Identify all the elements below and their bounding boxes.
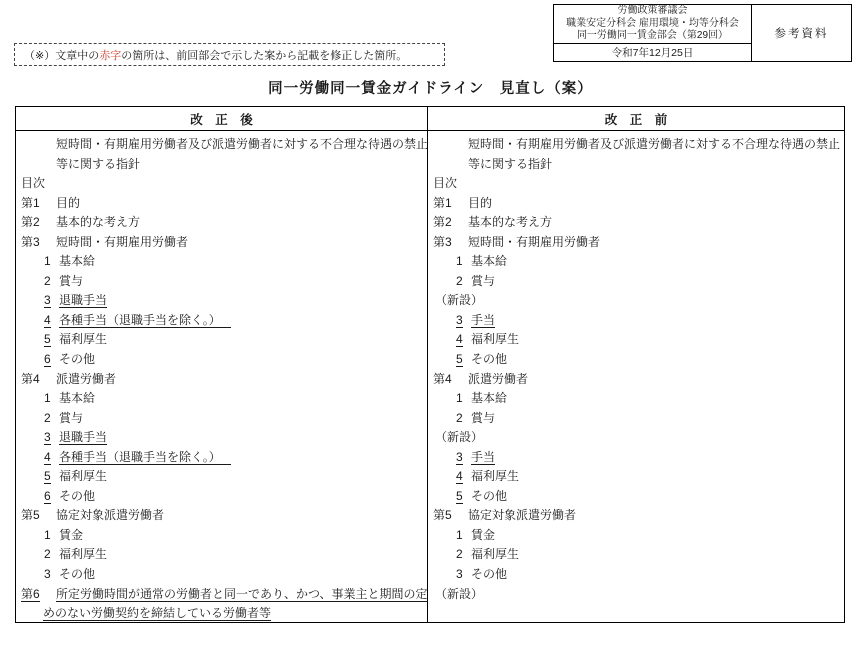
toc-line: 等に関する指針 bbox=[21, 155, 427, 175]
toc-line-text: 基本給 bbox=[471, 254, 507, 268]
toc-line: 4各種手当（退職手当を除く。） bbox=[21, 448, 427, 468]
toc-line-text: 福利厚生 bbox=[59, 469, 107, 483]
toc-line-text: 基本給 bbox=[59, 391, 95, 405]
toc-line-number: 第4 bbox=[433, 370, 468, 390]
council-line-3: 同一労働同一賃金部会（第29回） bbox=[577, 30, 728, 43]
toc-line-text: 等に関する指針 bbox=[468, 157, 552, 171]
toc-line-number: 1 bbox=[456, 526, 471, 546]
toc-line: 第3短時間・有期雇用労働者 bbox=[433, 233, 844, 253]
toc-line: 3手当 bbox=[433, 448, 844, 468]
toc-line-number: 第5 bbox=[433, 506, 468, 526]
header-before-revision: 改 正 前 bbox=[428, 107, 844, 130]
toc-line-number: 第5 bbox=[21, 506, 56, 526]
toc-line-number: 4 bbox=[44, 448, 59, 468]
toc-line-number: 第2 bbox=[433, 213, 468, 233]
toc-line: 第2基本的な考え方 bbox=[21, 213, 427, 233]
toc-line-text: 賃金 bbox=[471, 528, 495, 542]
header-after-revision: 改 正 後 bbox=[16, 107, 428, 130]
toc-line: 3退職手当 bbox=[21, 428, 427, 448]
table-body: 短時間・有期雇用労働者及び派遣労働者に対する不合理な待遇の禁止等に関する指針目次… bbox=[16, 131, 844, 622]
toc-line: 第5協定対象派遣労働者 bbox=[433, 506, 844, 526]
toc-line-number: 4 bbox=[456, 330, 471, 350]
toc-line-number: 第3 bbox=[21, 233, 56, 253]
toc-line-text: 賃金 bbox=[59, 528, 83, 542]
toc-line-number: 3 bbox=[456, 565, 471, 585]
toc-line: 第3短時間・有期雇用労働者 bbox=[21, 233, 427, 253]
toc-line: 2賞与 bbox=[21, 409, 427, 429]
toc-line-number: 5 bbox=[456, 350, 471, 370]
toc-line-number: 2 bbox=[44, 409, 59, 429]
column-before-revision: 短時間・有期雇用労働者及び派遣労働者に対する不合理な待遇の禁止等に関する指針目次… bbox=[428, 131, 844, 622]
note-red-text: 赤字 bbox=[99, 47, 121, 63]
toc-line: 第4派遣労働者 bbox=[433, 370, 844, 390]
toc-line: 1賃金 bbox=[21, 526, 427, 546]
toc-line: （新設） bbox=[433, 428, 844, 448]
toc-line: 5福利厚生 bbox=[21, 467, 427, 487]
toc-line: 6その他 bbox=[21, 350, 427, 370]
toc-line-number: 3 bbox=[456, 311, 471, 331]
toc-line-number: 5 bbox=[456, 487, 471, 507]
toc-line: 3その他 bbox=[21, 565, 427, 585]
toc-line-text: 賞与 bbox=[471, 274, 495, 288]
toc-line-number: 5 bbox=[44, 330, 59, 350]
toc-line-text: （新設） bbox=[435, 587, 483, 601]
toc-line: 第6所定労働時間が通常の労働者と同一であり、かつ、事業主と期間の定 bbox=[21, 585, 427, 605]
toc-line: 3手当 bbox=[433, 311, 844, 331]
meeting-date: 令和7年12月25日 bbox=[554, 44, 751, 61]
toc-line-number: 3 bbox=[44, 428, 59, 448]
toc-line: 1基本給 bbox=[433, 389, 844, 409]
toc-line-number: 2 bbox=[44, 545, 59, 565]
toc-line-text: 福利厚生 bbox=[471, 547, 519, 561]
toc-line-number: 1 bbox=[44, 526, 59, 546]
toc-line-number: 6 bbox=[44, 350, 59, 370]
toc-line: 第4派遣労働者 bbox=[21, 370, 427, 390]
council-line-2: 職業安定分科会 雇用環境・均等分科会 bbox=[566, 18, 739, 31]
toc-line: 2福利厚生 bbox=[21, 545, 427, 565]
toc-line-text: 基本給 bbox=[471, 391, 507, 405]
toc-line-number: 6 bbox=[44, 487, 59, 507]
toc-line: 1基本給 bbox=[21, 389, 427, 409]
toc-line-number: 3 bbox=[44, 291, 59, 311]
toc-line: 第1目的 bbox=[21, 194, 427, 214]
toc-line-text: その他 bbox=[471, 352, 507, 366]
toc-line-text: 賞与 bbox=[59, 274, 83, 288]
toc-line-text: その他 bbox=[59, 352, 95, 366]
document-page: 労働政策審議会 職業安定分科会 雇用環境・均等分科会 同一労働同一賃金部会（第2… bbox=[0, 0, 861, 649]
toc-line-text: 手当 bbox=[471, 450, 495, 465]
toc-line-text: 福利厚生 bbox=[471, 332, 519, 346]
toc-line-text: 各種手当（退職手当を除く。） bbox=[59, 450, 231, 465]
toc-line: 短時間・有期雇用労働者及び派遣労働者に対する不合理な待遇の禁止 bbox=[21, 135, 427, 155]
toc-line-text: 所定労働時間が通常の労働者と同一であり、かつ、事業主と期間の定 bbox=[56, 587, 428, 602]
column-after-revision: 短時間・有期雇用労働者及び派遣労働者に対する不合理な待遇の禁止等に関する指針目次… bbox=[16, 131, 428, 622]
toc-line: 1基本給 bbox=[433, 252, 844, 272]
toc-line-text: 基本給 bbox=[59, 254, 95, 268]
toc-line: 5その他 bbox=[433, 487, 844, 507]
revision-note: （※）文章中の赤字の箇所は、前回部会で示した案から記載を修正した箇所。 bbox=[14, 43, 445, 66]
toc-line-number: 第6 bbox=[21, 585, 56, 605]
toc-line-number: 第1 bbox=[21, 194, 56, 214]
council-names: 労働政策審議会 職業安定分科会 雇用環境・均等分科会 同一労働同一賃金部会（第2… bbox=[554, 5, 751, 44]
meeting-info-left: 労働政策審議会 職業安定分科会 雇用環境・均等分科会 同一労働同一賃金部会（第2… bbox=[554, 5, 752, 61]
toc-line-number: 3 bbox=[44, 565, 59, 585]
council-line-1: 労働政策審議会 bbox=[618, 5, 688, 18]
toc-line: 等に関する指針 bbox=[433, 155, 844, 175]
toc-line-number: 2 bbox=[44, 272, 59, 292]
toc-line-text: 短時間・有期雇用労働者 bbox=[56, 235, 188, 249]
toc-line-text: 派遣労働者 bbox=[468, 372, 528, 386]
toc-line: めのない労働契約を締結している労働者等 bbox=[21, 604, 427, 622]
toc-line-number: 2 bbox=[456, 272, 471, 292]
toc-line-text: 短時間・有期雇用労働者 bbox=[468, 235, 600, 249]
toc-line-text: 賞与 bbox=[59, 411, 83, 425]
toc-line-text: 福利厚生 bbox=[59, 332, 107, 346]
meeting-info-box: 労働政策審議会 職業安定分科会 雇用環境・均等分科会 同一労働同一賃金部会（第2… bbox=[553, 4, 852, 62]
toc-line: 短時間・有期雇用労働者及び派遣労働者に対する不合理な待遇の禁止 bbox=[433, 135, 844, 155]
toc-line-text: 福利厚生 bbox=[471, 469, 519, 483]
toc-line-number: 1 bbox=[44, 252, 59, 272]
comparison-table: 改 正 後 改 正 前 短時間・有期雇用労働者及び派遣労働者に対する不合理な待遇… bbox=[15, 106, 845, 623]
toc-line-number: 5 bbox=[44, 467, 59, 487]
toc-line-text: 目的 bbox=[468, 196, 492, 210]
toc-line-text: 等に関する指針 bbox=[56, 157, 140, 171]
toc-line-text: 退職手当 bbox=[59, 430, 107, 445]
toc-line-number: 3 bbox=[456, 448, 471, 468]
toc-line-text: 各種手当（退職手当を除く。） bbox=[59, 313, 231, 328]
page-title: 同一労働同一賃金ガイドライン 見直し（案） bbox=[0, 77, 861, 98]
doc-type-label: 参考資料 bbox=[752, 5, 851, 61]
toc-line-text: （新設） bbox=[435, 430, 483, 444]
toc-line-text: 基本的な考え方 bbox=[56, 215, 140, 229]
toc-line-number: 第1 bbox=[433, 194, 468, 214]
toc-line-number: 2 bbox=[456, 409, 471, 429]
toc-line-number: 第2 bbox=[21, 213, 56, 233]
toc-line: （新設） bbox=[433, 585, 844, 605]
toc-line-number: 4 bbox=[44, 311, 59, 331]
toc-line: 目次 bbox=[433, 174, 844, 194]
toc-line-text: めのない労働契約を締結している労働者等 bbox=[43, 606, 271, 621]
toc-line-text: 短時間・有期雇用労働者及び派遣労働者に対する不合理な待遇の禁止 bbox=[468, 137, 840, 151]
toc-line: 5その他 bbox=[433, 350, 844, 370]
toc-line-number: 第3 bbox=[433, 233, 468, 253]
toc-line-text: 協定対象派遣労働者 bbox=[56, 508, 164, 522]
toc-line-text: 退職手当 bbox=[59, 293, 107, 308]
toc-line: 4福利厚生 bbox=[433, 330, 844, 350]
toc-line-text: 基本的な考え方 bbox=[468, 215, 552, 229]
toc-line: 4福利厚生 bbox=[433, 467, 844, 487]
toc-line-text: 賞与 bbox=[471, 411, 495, 425]
toc-line-text: 目次 bbox=[433, 176, 457, 190]
toc-line: 4各種手当（退職手当を除く。） bbox=[21, 311, 427, 331]
toc-line-number: 1 bbox=[456, 389, 471, 409]
toc-line-number: 4 bbox=[456, 467, 471, 487]
toc-line: 3その他 bbox=[433, 565, 844, 585]
toc-line: 2賞与 bbox=[21, 272, 427, 292]
toc-line: 1賃金 bbox=[433, 526, 844, 546]
toc-line: 第2基本的な考え方 bbox=[433, 213, 844, 233]
toc-line-text: その他 bbox=[59, 489, 95, 503]
toc-line-text: 派遣労働者 bbox=[56, 372, 116, 386]
toc-line-text: 協定対象派遣労働者 bbox=[468, 508, 576, 522]
toc-line-number: 2 bbox=[456, 545, 471, 565]
toc-line-text: 手当 bbox=[471, 313, 495, 328]
toc-line-text: （新設） bbox=[435, 293, 483, 307]
note-suffix: の箇所は、前回部会で示した案から記載を修正した箇所。 bbox=[121, 47, 407, 63]
toc-line-text: 目次 bbox=[21, 176, 45, 190]
toc-line-number: 第4 bbox=[21, 370, 56, 390]
toc-line-text: その他 bbox=[471, 567, 507, 581]
toc-line: 6その他 bbox=[21, 487, 427, 507]
toc-line: 2賞与 bbox=[433, 272, 844, 292]
toc-line: 3退職手当 bbox=[21, 291, 427, 311]
toc-line-number: 1 bbox=[44, 389, 59, 409]
toc-line-number: 1 bbox=[456, 252, 471, 272]
toc-line-text: 目的 bbox=[56, 196, 80, 210]
toc-line: 2賞与 bbox=[433, 409, 844, 429]
toc-line: 第5協定対象派遣労働者 bbox=[21, 506, 427, 526]
table-header-row: 改 正 後 改 正 前 bbox=[16, 107, 844, 131]
toc-line: （新設） bbox=[433, 291, 844, 311]
toc-line-text: その他 bbox=[471, 489, 507, 503]
toc-line: 1基本給 bbox=[21, 252, 427, 272]
toc-line-text: 福利厚生 bbox=[59, 547, 107, 561]
toc-line: 目次 bbox=[21, 174, 427, 194]
toc-line-text: 短時間・有期雇用労働者及び派遣労働者に対する不合理な待遇の禁止 bbox=[56, 137, 428, 151]
toc-line-text: その他 bbox=[59, 567, 95, 581]
toc-line: 2福利厚生 bbox=[433, 545, 844, 565]
toc-line: 第1目的 bbox=[433, 194, 844, 214]
toc-line: 5福利厚生 bbox=[21, 330, 427, 350]
note-prefix: （※）文章中の bbox=[24, 47, 99, 63]
